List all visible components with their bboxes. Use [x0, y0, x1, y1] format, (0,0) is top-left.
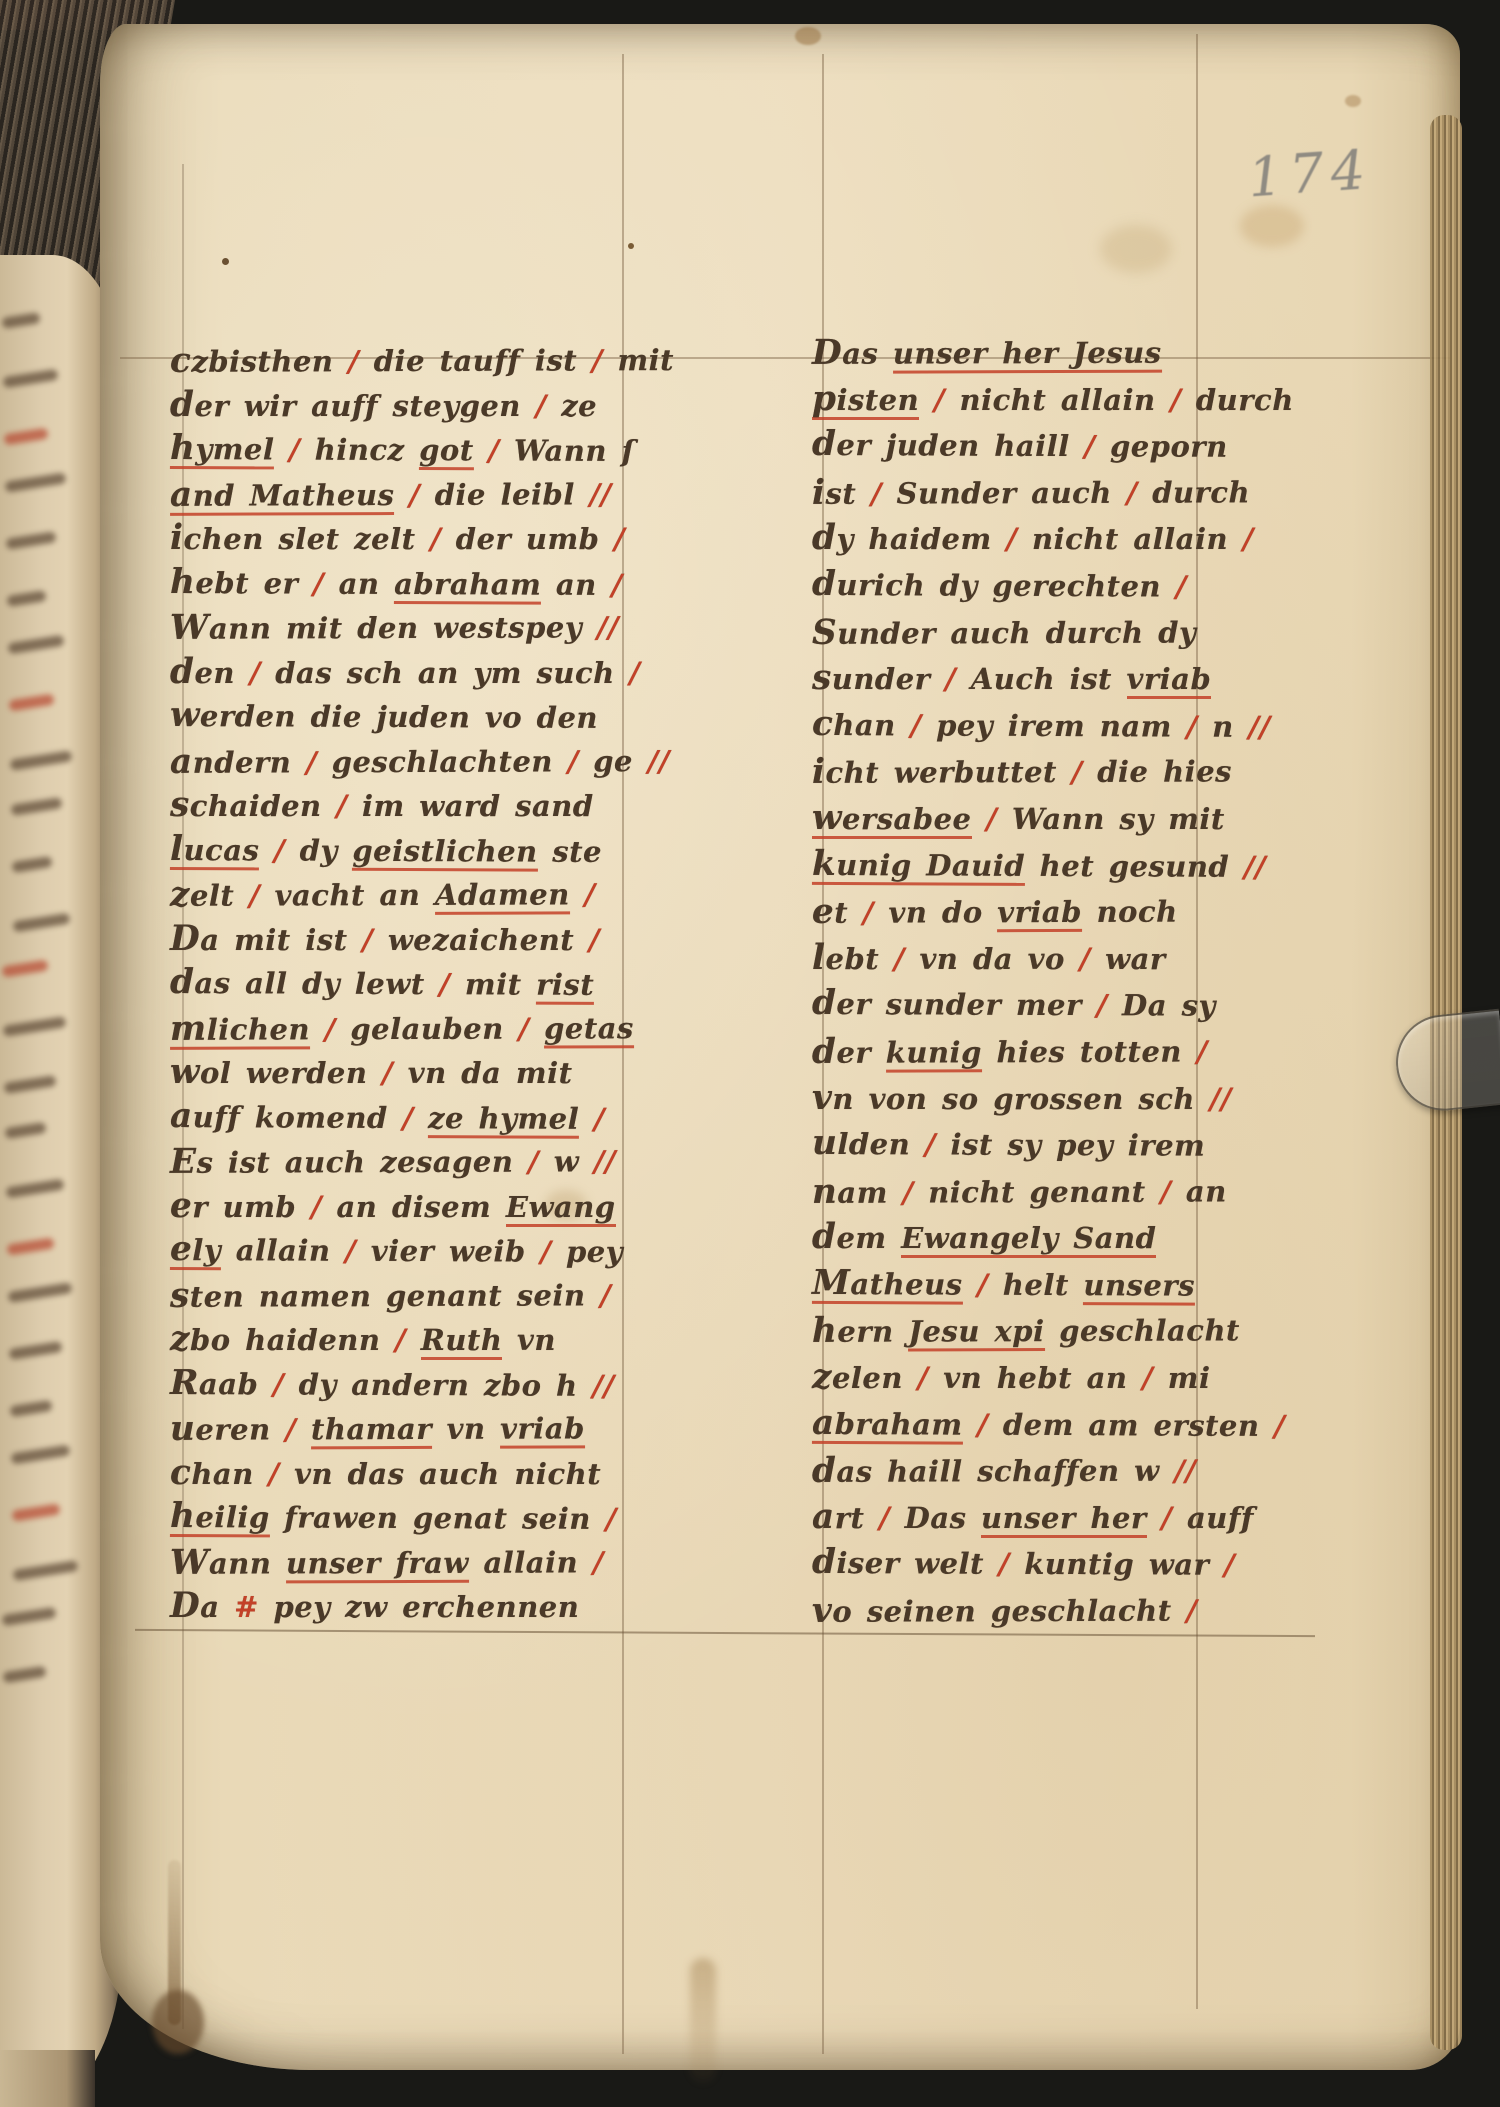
text-segment: unsers: [1083, 1268, 1195, 1305]
text-segment: Sunder auch durch dy: [812, 615, 1196, 650]
rubric-mark: /: [594, 1101, 605, 1135]
text-segment: gelauben: [350, 1011, 518, 1046]
text-line: Matheus / helt unsers: [812, 1263, 1302, 1312]
blurred-text-stroke: [7, 635, 64, 655]
text-line: hymel / hincz got / Wann ſ: [170, 428, 640, 475]
rubric-mark: //: [592, 1368, 614, 1402]
text-segment: Wann sy mit: [1012, 802, 1225, 836]
text-segment: der umb: [456, 522, 614, 556]
rubric-mark: /: [348, 344, 374, 378]
text-segment: auff: [1187, 1501, 1254, 1535]
rubric-mark: /: [395, 1323, 421, 1357]
rubric-mark: /: [614, 522, 625, 556]
blurred-text-stroke: [3, 1075, 56, 1094]
text-segment: mlichen: [170, 1012, 310, 1049]
rubric-mark: /: [402, 1100, 428, 1134]
text-line: icht werbuttet / die hies: [812, 750, 1302, 798]
text-line: and Matheus / die leibl //: [170, 473, 640, 519]
text-segment: zelen: [812, 1361, 918, 1395]
text-line: lebt / vn da vo / war: [812, 938, 1302, 985]
text-segment: durch: [1152, 475, 1250, 509]
rubric-mark: /: [325, 1012, 351, 1046]
rubric-mark: /: [313, 566, 339, 600]
rubric-mark: /: [488, 433, 514, 467]
text-segment: unser her: [981, 1501, 1147, 1538]
text-segment: abraham: [812, 1407, 963, 1445]
text-line: dem Ewangely Sand: [812, 1217, 1302, 1264]
blurred-text-stroke: [2, 1666, 46, 1684]
text-line: ist / Sunder auch / durch: [812, 471, 1302, 519]
text-segment: kuntig war: [1024, 1547, 1224, 1582]
stain: [795, 27, 821, 45]
rubric-mark: //: [648, 744, 670, 778]
text-segment: vn das auch nicht: [294, 1457, 601, 1491]
text-line: sten namen genant sein /: [170, 1274, 640, 1320]
text-segment: icht werbuttet: [812, 755, 1072, 790]
blurred-text-stroke: [1, 1607, 56, 1626]
rubric-mark: /: [986, 802, 1012, 836]
rubric-mark: /: [289, 432, 315, 466]
text-segment: die tauff ist: [374, 343, 592, 378]
text-segment: vier weib: [371, 1234, 541, 1269]
text-line: Wann mit den westspey //: [170, 606, 640, 652]
rubric-mark: /: [311, 1190, 337, 1224]
text-segment: kunig Dauid: [812, 847, 1025, 885]
text-segment: dem am ersten: [1003, 1407, 1274, 1442]
rubric-mark: //: [597, 610, 619, 644]
rubric-mark: /: [629, 656, 640, 690]
rubric-mark: /: [518, 1011, 544, 1045]
text-segment: chan: [170, 1457, 268, 1491]
rubric-mark: /: [1224, 1548, 1235, 1582]
text-line: zbo haidenn / Ruth vn: [170, 1319, 640, 1364]
rubric-mark: /: [1170, 383, 1196, 417]
text-segment: vn hebt an: [943, 1361, 1142, 1395]
text-line: der sunder mer / Da sy: [812, 983, 1302, 1032]
rubric-mark: /: [250, 656, 276, 690]
text-segment: zbo haidenn: [170, 1323, 395, 1357]
text-line: wol werden / vn da mit: [170, 1052, 640, 1097]
text-segment: das all dy lewt: [170, 966, 439, 1001]
text-segment: Da mit ist: [170, 923, 362, 957]
text-line: er umb / an disem Ewang: [170, 1186, 640, 1231]
text-segment: nicht allain: [1032, 522, 1243, 556]
text-segment: Matheus: [812, 1267, 963, 1305]
text-segment: hymel: [170, 432, 275, 469]
text-line: der juden haill / geporn: [812, 424, 1302, 473]
rubric-mark: /: [611, 567, 622, 601]
text-line: ulden / ist sy pey irem: [812, 1123, 1302, 1172]
text-segment: durich dy gerechten: [812, 568, 1176, 604]
rubric-mark: /: [1274, 1409, 1285, 1443]
blurred-text-stroke: [3, 1016, 67, 1037]
text-line: abraham / dem am ersten /: [812, 1403, 1302, 1452]
folio-number: 174: [1246, 138, 1380, 210]
rubric-mark: /: [1176, 569, 1187, 603]
text-segment: heilig: [170, 1500, 270, 1537]
blurred-text-stroke: [8, 694, 54, 712]
stain: [690, 1958, 716, 2083]
text-segment: ist: [812, 476, 871, 510]
rubric-mark: /: [540, 1235, 566, 1269]
manuscript-photo: 174 czbisthen / die tauff ist / mitder w…: [0, 0, 1500, 2107]
text-segment: ist sy pey irem: [950, 1128, 1205, 1163]
text-segment: schaiden: [170, 789, 336, 823]
text-segment: vriab: [997, 895, 1082, 932]
rubric-mark: //: [1244, 849, 1266, 883]
text-segment: unser fraw: [286, 1545, 469, 1583]
stain: [1240, 205, 1304, 247]
text-segment: allain: [221, 1233, 345, 1268]
text-line: kunig Dauid het gesund //: [812, 843, 1302, 892]
text-segment: den: [170, 656, 250, 690]
rubric-mark: /: [439, 967, 465, 1001]
text-segment: allain: [469, 1545, 593, 1579]
text-segment: pey: [566, 1235, 623, 1269]
blurred-text-stroke: [5, 531, 56, 550]
text-segment: Ewang: [506, 1190, 616, 1227]
text-line: das all dy lewt / mit rist: [170, 962, 640, 1009]
text-segment: unser her Jesus: [893, 336, 1162, 374]
text-segment: pisten: [812, 383, 919, 420]
text-segment: mit: [617, 343, 674, 377]
rubric-mark: /: [362, 923, 388, 957]
text-line: andern / geschlachten / ge //: [170, 740, 640, 786]
rubric-mark: #: [234, 1590, 259, 1624]
text-segment: ely: [170, 1233, 221, 1270]
stain: [1345, 95, 1361, 107]
rubric-mark: /: [285, 1412, 311, 1446]
text-line: Raab / dy andern zbo h //: [170, 1362, 640, 1409]
text-segment: diser welt: [812, 1546, 999, 1581]
rubric-mark: /: [600, 1278, 611, 1312]
blurred-text-stroke: [11, 1503, 60, 1521]
text-line: wersabee / Wann sy mit: [812, 798, 1302, 845]
text-segment: vn von so grossen sch: [812, 1082, 1210, 1116]
text-segment: lebt: [812, 942, 894, 976]
text-segment: im ward sand: [362, 789, 594, 823]
rubric-mark: //: [1248, 710, 1270, 744]
rubric-mark: /: [1096, 988, 1122, 1022]
text-segment: nam: [812, 1175, 903, 1209]
blurred-text-stroke: [10, 750, 73, 771]
text-segment: Da sy: [1122, 989, 1216, 1023]
text-line: heilig frawen genat sein /: [170, 1496, 640, 1543]
text-segment: Wann mit den westspey: [170, 610, 597, 645]
text-segment: ze: [561, 389, 597, 423]
text-line: nam / nicht genant / an: [812, 1170, 1302, 1218]
text-segment: Da: [170, 1590, 234, 1624]
text-line: ely allain / vier weib / pey: [170, 1229, 640, 1276]
text-segment: noch: [1082, 895, 1178, 929]
text-segment: w: [554, 1144, 594, 1178]
text-segment: nicht allain: [960, 383, 1171, 417]
text-segment: Das: [905, 1501, 981, 1535]
text-segment: hies totten: [982, 1034, 1197, 1069]
rubric-mark: /: [902, 1175, 928, 1209]
blurred-text-stroke: [1, 959, 48, 977]
rubric-mark: /: [336, 789, 362, 823]
text-segment: Ewangely Sand: [901, 1221, 1156, 1258]
rubric-mark: /: [528, 1144, 554, 1178]
text-line: den / das sch an ym such /: [170, 652, 640, 697]
rubric-mark: /: [945, 662, 971, 696]
rubric-mark: /: [274, 833, 300, 867]
text-segment: vn da vo: [919, 942, 1079, 976]
text-segment: zelt: [170, 879, 249, 913]
text-line: schaiden / im ward sand: [170, 785, 640, 830]
text-segment: [963, 1407, 978, 1441]
blurred-text-stroke: [5, 472, 67, 492]
text-segment: hincz: [315, 433, 420, 467]
blurred-text-stroke: [9, 1400, 52, 1417]
rubric-mark: /: [1006, 522, 1032, 556]
rubric-mark: /: [1160, 1174, 1186, 1208]
text-segment: dem: [812, 1221, 901, 1255]
rubric-mark: /: [382, 1056, 408, 1090]
blurred-text-stroke: [11, 1444, 71, 1464]
text-segment: thamar: [311, 1412, 432, 1449]
text-segment: pey zw erchennen: [259, 1590, 579, 1624]
text-segment: der wir auff steygen: [170, 389, 535, 423]
text-segment: [972, 802, 987, 836]
text-segment: vriab: [1127, 662, 1212, 699]
text-line: art / Das unser her / auff: [812, 1497, 1302, 1544]
text-segment: dy: [300, 833, 353, 867]
text-segment: geschlacht: [1045, 1314, 1240, 1349]
rubric-mark: /: [1186, 709, 1212, 743]
text-segment: [474, 433, 489, 467]
text-segment: andern: [170, 745, 306, 779]
blurred-text-stroke: [13, 1560, 79, 1581]
text-segment: [259, 833, 274, 867]
rubric-mark: /: [977, 1407, 1003, 1441]
rubric-mark: /: [879, 1501, 905, 1535]
text-segment: durch: [1196, 383, 1294, 417]
text-segment: hern: [812, 1315, 908, 1349]
text-line: diser welt / kuntig war /: [812, 1542, 1302, 1591]
rubric-mark: /: [1243, 522, 1254, 556]
rubric-mark: /: [977, 1268, 1003, 1302]
text-segment: er umb: [170, 1190, 311, 1224]
text-segment: wezaichent: [388, 923, 589, 957]
text-segment: das sch an ym such: [275, 656, 629, 690]
rubric-mark: /: [918, 1361, 944, 1395]
text-segment: Auch ist: [971, 662, 1127, 696]
blurred-text-stroke: [8, 1341, 62, 1360]
rubric-mark: /: [592, 343, 618, 377]
rubric-mark: /: [345, 1234, 371, 1268]
text-segment: geistlichen: [352, 833, 537, 871]
text-segment: ge: [593, 744, 647, 778]
text-segment: n: [1212, 709, 1248, 743]
text-segment: art: [812, 1501, 879, 1535]
rubric-mark: /: [567, 744, 593, 778]
text-segment: wol werden: [170, 1056, 382, 1090]
blurred-text-stroke: [3, 428, 48, 446]
text-segment: getas: [544, 1011, 634, 1048]
text-segment: Raab: [170, 1366, 273, 1400]
text-segment: vo seinen geschlacht: [812, 1594, 1186, 1629]
rubric-mark: /: [863, 896, 889, 930]
text-segment: ueren: [170, 1412, 285, 1446]
text-segment: lucas: [170, 832, 260, 869]
text-line: et / vn do vriab noch: [812, 890, 1302, 938]
rubric-mark: /: [1142, 1361, 1168, 1395]
rubric-mark: /: [998, 1547, 1024, 1581]
rubric-mark: /: [249, 878, 275, 912]
text-segment: auff komend: [170, 1099, 403, 1134]
blurred-text-stroke: [6, 590, 46, 607]
text-segment: dy haidem: [812, 522, 1006, 556]
stain: [628, 243, 634, 249]
text-segment: vn: [432, 1412, 500, 1446]
text-segment: [310, 1012, 325, 1046]
text-segment: Adamen: [435, 877, 570, 914]
text-line: der kunig hies totten /: [812, 1030, 1302, 1078]
rubric-mark: /: [1084, 429, 1110, 463]
rubric-mark: /: [535, 389, 561, 423]
rubric-mark: /: [1071, 755, 1097, 789]
text-segment: czbisthen: [170, 344, 348, 379]
stain: [222, 258, 229, 265]
rubric-mark: /: [273, 1367, 299, 1401]
text-line: der wir auff steygen / ze: [170, 385, 640, 430]
text-line: zelt / vacht an Adamen /: [170, 873, 640, 919]
blurred-text-stroke: [6, 1237, 54, 1255]
text-line: pisten / nicht allain / durch: [812, 379, 1302, 426]
text-segment: ze hymel: [428, 1101, 579, 1139]
text-line: dy haidem / nicht allain /: [812, 518, 1302, 565]
text-segment: Das: [812, 337, 893, 371]
text-line: mlichen / gelauben / getas: [170, 1007, 640, 1053]
blurred-text-stroke: [2, 369, 58, 388]
manuscript-page: 174 czbisthen / die tauff ist / mitder w…: [100, 24, 1460, 2070]
rubric-mark: /: [409, 477, 435, 511]
text-segment: abraham: [394, 566, 541, 604]
text-segment: het gesund: [1025, 848, 1244, 883]
text-line: chan / vn das auch nicht: [170, 1453, 640, 1498]
facing-page-bottom-edge: [0, 2050, 95, 2107]
text-segment: der sunder mer: [812, 987, 1097, 1022]
rubric-mark: /: [925, 1128, 951, 1162]
text-segment: got: [419, 433, 474, 470]
text-line: ueren / thamar vn vriab: [170, 1407, 640, 1453]
ink-blot-stain: [152, 1990, 204, 2054]
text-segment: Es ist auch zesagen: [170, 1145, 528, 1180]
stain: [1100, 225, 1172, 273]
rubric-mark: /: [1079, 942, 1105, 976]
text-segment: Sunder auch: [896, 476, 1126, 511]
text-segment: an: [541, 567, 611, 601]
text-segment: die leibl: [435, 477, 590, 512]
text-segment: chan: [812, 708, 911, 742]
text-line: auff komend / ze hymel /: [170, 1095, 640, 1142]
text-segment: kunig: [886, 1035, 982, 1072]
text-segment: Ruth: [421, 1323, 503, 1360]
text-segment: der juden haill: [812, 428, 1084, 463]
text-segment: das haill schaffen w: [812, 1454, 1174, 1489]
text-segment: dy andern zbo h: [299, 1367, 593, 1402]
text-line: vn von so grossen sch //: [812, 1078, 1302, 1125]
text-line: Sunder auch durch dy: [812, 611, 1302, 659]
rubric-mark: //: [594, 1144, 616, 1178]
text-line: das haill schaffen w //: [812, 1449, 1302, 1497]
text-segment: vacht an: [275, 878, 435, 913]
rubric-mark: /: [306, 745, 332, 779]
text-segment: frawen genat sein: [270, 1500, 606, 1535]
text-segment: ichen slet zelt: [170, 522, 430, 556]
rubric-mark: /: [910, 708, 936, 742]
rubric-mark: /: [430, 522, 456, 556]
text-segment: [962, 1267, 977, 1301]
rubric-mark: /: [589, 923, 600, 957]
text-segment: an: [339, 566, 395, 600]
text-segment: die hies: [1097, 755, 1232, 789]
text-segment: [274, 432, 289, 466]
text-segment: [570, 877, 585, 911]
text-line: Wann unser fraw allain /: [170, 1541, 640, 1587]
blurred-text-stroke: [8, 1282, 73, 1303]
text-line: hern Jesu xpi geschlacht: [812, 1310, 1302, 1358]
text-line: Es ist auch zesagen / w //: [170, 1140, 640, 1186]
rubric-mark: /: [934, 383, 960, 417]
text-segment: pey irem nam: [936, 708, 1187, 743]
text-segment: werden die juden vo den: [170, 699, 598, 735]
rubric-mark: /: [894, 942, 920, 976]
blurred-text-stroke: [10, 797, 62, 816]
text-segment: wersabee: [812, 802, 972, 839]
rubric-mark: /: [871, 476, 897, 510]
text-segment: vn da mit: [408, 1056, 573, 1090]
text-line: vo seinen geschlacht /: [812, 1589, 1302, 1637]
text-line: hebt er / an abraham an /: [170, 561, 640, 608]
text-segment: helt: [1003, 1268, 1084, 1302]
text-line: zelen / vn hebt an / mi: [812, 1357, 1302, 1404]
text-line: Da # pey zw erchennen: [170, 1586, 640, 1631]
text-segment: rist: [536, 968, 594, 1005]
text-segment: mi: [1168, 1361, 1211, 1395]
text-segment: and Matheus: [170, 478, 395, 516]
rubric-mark: //: [1174, 1454, 1196, 1488]
text-segment: sunder: [812, 662, 945, 696]
text-line: chan / pey irem nam / n //: [812, 704, 1302, 753]
text-segment: [919, 383, 934, 417]
text-segment: geporn: [1110, 429, 1228, 464]
text-segment: war: [1105, 942, 1166, 976]
rubric-mark: //: [589, 477, 611, 511]
text-segment: Wann ſ: [514, 433, 635, 468]
text-segment: et: [812, 896, 863, 930]
text-segment: vn do: [888, 895, 997, 929]
text-segment: vriab: [500, 1411, 585, 1448]
blurred-text-stroke: [5, 1179, 64, 1199]
text-segment: der: [812, 1036, 886, 1070]
text-segment: an disem: [337, 1190, 506, 1224]
text-line: Da mit ist / wezaichent /: [170, 919, 640, 964]
rubric-mark: /: [605, 1502, 616, 1536]
text-column-right: Das unser her Jesuspisten / nicht allain…: [812, 332, 1302, 1637]
rubric-mark: /: [593, 1545, 604, 1579]
rubric-mark: /: [268, 1457, 294, 1491]
blurred-text-stroke: [1, 312, 40, 329]
rubric-mark: /: [1126, 475, 1152, 509]
text-line: czbisthen / die tauff ist / mit: [170, 339, 640, 385]
text-line: sunder / Auch ist vriab: [812, 658, 1302, 705]
blurred-text-stroke: [11, 856, 52, 873]
text-segment: nicht genant: [928, 1174, 1160, 1209]
text-segment: an: [1186, 1174, 1227, 1208]
